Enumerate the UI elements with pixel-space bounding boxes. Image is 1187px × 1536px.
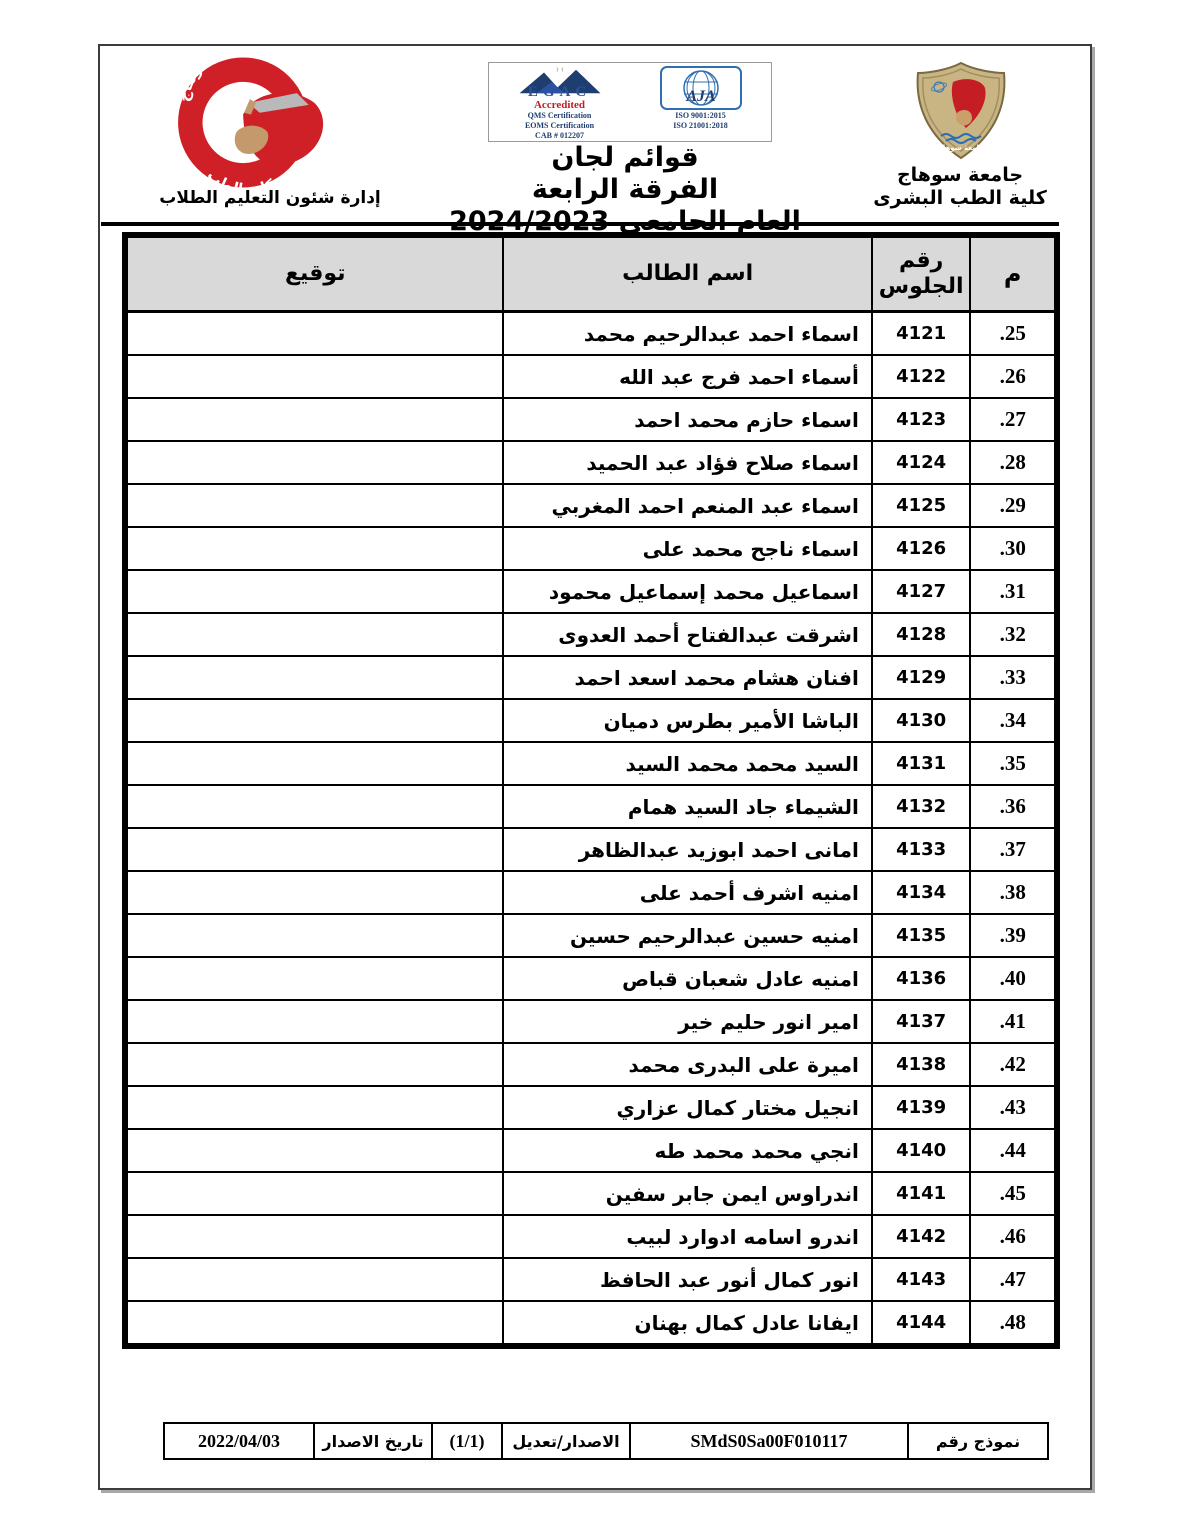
- student-name-cell: ايفانا عادل كمال بهنان: [503, 1301, 871, 1346]
- seat-number-cell: 4136: [872, 957, 971, 1000]
- row-index-cell: 48.: [970, 1301, 1057, 1346]
- table-row: 29. 4125 اسماء عبد المنعم احمد المغربي: [125, 484, 1057, 527]
- shield-band-text: جامعة سوهاج: [938, 144, 984, 152]
- signature-cell: [125, 871, 503, 914]
- seat-number-cell: 4126: [872, 527, 971, 570]
- table-row: 36. 4132 الشيماء جاد السيد همام: [125, 785, 1057, 828]
- aja-logo: AJA ISO 9001:2015 ISO 21001:2018: [630, 63, 771, 141]
- seat-number-cell: 4131: [872, 742, 971, 785]
- table-row: 48. 4144 ايفانا عادل كمال بهنان: [125, 1301, 1057, 1346]
- student-name-cell: امير انور حليم خير: [503, 1000, 871, 1043]
- student-name-cell: أسماء احمد فرج عبد الله: [503, 355, 871, 398]
- student-name-cell: اسماعيل محمد إسماعيل محمود: [503, 570, 871, 613]
- signature-cell: [125, 914, 503, 957]
- table-row: 33. 4129 افنان هشام محمد اسعد احمد: [125, 656, 1057, 699]
- egac-accredited-label: Accredited: [534, 99, 585, 111]
- student-name-cell: امانى احمد ابوزيد عبدالظاهر: [503, 828, 871, 871]
- student-name-cell: الباشا الأمير بطرس دميان: [503, 699, 871, 742]
- seat-number-cell: 4141: [872, 1172, 971, 1215]
- row-index-cell: 40.: [970, 957, 1057, 1000]
- signature-cell: [125, 828, 503, 871]
- seat-number-cell: 4140: [872, 1129, 971, 1172]
- seat-number-cell: 4139: [872, 1086, 971, 1129]
- aja-globe-icon: AJA: [653, 65, 749, 111]
- issue-edit-label: الاصدار/تعديل: [502, 1423, 630, 1459]
- table-row: 46. 4142 اندرو اسامه ادوارد لبيب: [125, 1215, 1057, 1258]
- signature-cell: [125, 656, 503, 699]
- page-frame: جامعة سوهاج كلية الطب إدارة شئون التعليم…: [98, 44, 1092, 1490]
- table-row: 32. 4128 اشرقت عبدالفتاح أحمد العدوى: [125, 613, 1057, 656]
- table-row: 35. 4131 السيد محمد محمد السيد: [125, 742, 1057, 785]
- form-number-value: SMdS0Sa00F010117: [630, 1423, 908, 1459]
- student-name-cell: امنيه حسين عبدالرحيم حسين: [503, 914, 871, 957]
- student-name-cell: اسماء عبد المنعم احمد المغربي: [503, 484, 871, 527]
- row-index-cell: 38.: [970, 871, 1057, 914]
- seat-number-cell: 4123: [872, 398, 971, 441]
- signature-cell: [125, 785, 503, 828]
- seat-number-cell: 4128: [872, 613, 971, 656]
- row-index-cell: 26.: [970, 355, 1057, 398]
- row-index-cell: 37.: [970, 828, 1057, 871]
- signature-cell: [125, 742, 503, 785]
- aja-iso-line1: ISO 9001:2015: [675, 111, 725, 121]
- university-title: جامعة سوهاج كلية الطب البشرى: [852, 164, 1068, 210]
- seat-number-cell: 4127: [872, 570, 971, 613]
- student-name-cell: اسماء صلاح فؤاد عبد الحميد: [503, 441, 871, 484]
- form-info-row: نموذج رقم SMdS0Sa00F010117 الاصدار/تعديل…: [164, 1423, 1048, 1459]
- seat-number-cell: 4143: [872, 1258, 971, 1301]
- row-index-cell: 45.: [970, 1172, 1057, 1215]
- row-index-cell: 35.: [970, 742, 1057, 785]
- header-divider: [101, 222, 1059, 226]
- signature-cell: [125, 398, 503, 441]
- seat-number-cell: 4129: [872, 656, 971, 699]
- egac-cert-line1: QMS Certification: [528, 111, 592, 121]
- egac-logo: ﴿ ﴾ EGAC Accredited QMS Certification EO…: [489, 63, 630, 141]
- student-name-cell: انجيل مختار كمال عزاري: [503, 1086, 871, 1129]
- university-shield-logo-icon: جامعة سوهاج: [906, 60, 1016, 162]
- header-signature: توقيع: [125, 235, 503, 312]
- student-name-cell: اندرو اسامه ادوارد لبيب: [503, 1215, 871, 1258]
- student-table: م رقم الجلوس اسم الطالب توقيع 25. 4121 ا…: [122, 232, 1060, 1349]
- student-name-cell: اسماء احمد عبدالرحيم محمد: [503, 312, 871, 356]
- signature-cell: [125, 1301, 503, 1346]
- row-index-cell: 25.: [970, 312, 1057, 356]
- row-index-cell: 30.: [970, 527, 1057, 570]
- student-name-cell: الشيماء جاد السيد همام: [503, 785, 871, 828]
- row-index-cell: 47.: [970, 1258, 1057, 1301]
- signature-cell: [125, 527, 503, 570]
- signature-cell: [125, 613, 503, 656]
- student-name-cell: اشرقت عبدالفتاح أحمد العدوى: [503, 613, 871, 656]
- table-row: 38. 4134 امنيه اشرف أحمد على: [125, 871, 1057, 914]
- table-row: 45. 4141 اندراوس ايمن جابر سفين: [125, 1172, 1057, 1215]
- aja-name: AJA: [685, 88, 716, 105]
- seat-number-cell: 4137: [872, 1000, 971, 1043]
- row-index-cell: 46.: [970, 1215, 1057, 1258]
- seat-number-cell: 4138: [872, 1043, 971, 1086]
- title-line2: الفرقة الرابعة: [435, 174, 815, 206]
- signature-cell: [125, 441, 503, 484]
- row-index-cell: 36.: [970, 785, 1057, 828]
- row-index-cell: 31.: [970, 570, 1057, 613]
- table-row: 26. 4122 أسماء احمد فرج عبد الله: [125, 355, 1057, 398]
- student-name-cell: امنيه عادل شعبان قباص: [503, 957, 871, 1000]
- signature-cell: [125, 1129, 503, 1172]
- signature-cell: [125, 1043, 503, 1086]
- egac-cert-line3: CAB # 012207: [535, 131, 584, 141]
- department-title: إدارة شئون التعليم الطلاب: [118, 188, 422, 208]
- seat-number-cell: 4125: [872, 484, 971, 527]
- seat-number-cell: 4133: [872, 828, 971, 871]
- signature-cell: [125, 1215, 503, 1258]
- form-info-table: نموذج رقم SMdS0Sa00F010117 الاصدار/تعديل…: [163, 1422, 1049, 1460]
- table-row: 44. 4140 انجي محمد محمد طه: [125, 1129, 1057, 1172]
- row-index-cell: 32.: [970, 613, 1057, 656]
- signature-cell: [125, 1172, 503, 1215]
- row-index-cell: 44.: [970, 1129, 1057, 1172]
- seat-number-cell: 4134: [872, 871, 971, 914]
- table-row: 25. 4121 اسماء احمد عبدالرحيم محمد: [125, 312, 1057, 356]
- row-index-cell: 39.: [970, 914, 1057, 957]
- table-row: 28. 4124 اسماء صلاح فؤاد عبد الحميد: [125, 441, 1057, 484]
- issue-edit-value: (1/1): [432, 1423, 502, 1459]
- header-student-name: اسم الطالب: [503, 235, 871, 312]
- seat-number-cell: 4121: [872, 312, 971, 356]
- faculty-crescent-logo-icon: جامعة سوهاج كلية الطب: [148, 56, 348, 188]
- table-row: 31. 4127 اسماعيل محمد إسماعيل محمود: [125, 570, 1057, 613]
- student-name-cell: اسماء حازم محمد احمد: [503, 398, 871, 441]
- table-row: 41. 4137 امير انور حليم خير: [125, 1000, 1057, 1043]
- seat-number-cell: 4122: [872, 355, 971, 398]
- seat-number-cell: 4142: [872, 1215, 971, 1258]
- faculty-name: كلية الطب البشرى: [852, 187, 1068, 210]
- signature-cell: [125, 1086, 503, 1129]
- seat-number-cell: 4132: [872, 785, 971, 828]
- signature-cell: [125, 1258, 503, 1301]
- signature-cell: [125, 484, 503, 527]
- table-row: 37. 4133 امانى احمد ابوزيد عبدالظاهر: [125, 828, 1057, 871]
- row-index-cell: 29.: [970, 484, 1057, 527]
- egac-name: EGAC: [528, 85, 591, 99]
- student-name-cell: اندراوس ايمن جابر سفين: [503, 1172, 871, 1215]
- title-line1: قوائم لجان: [435, 142, 815, 174]
- table-header-row: م رقم الجلوس اسم الطالب توقيع: [125, 235, 1057, 312]
- signature-cell: [125, 355, 503, 398]
- signature-cell: [125, 699, 503, 742]
- row-index-cell: 42.: [970, 1043, 1057, 1086]
- seat-number-cell: 4135: [872, 914, 971, 957]
- row-index-cell: 33.: [970, 656, 1057, 699]
- table-row: 34. 4130 الباشا الأمير بطرس دميان: [125, 699, 1057, 742]
- form-number-label: نموذج رقم: [908, 1423, 1048, 1459]
- issue-date-value: 2022/04/03: [164, 1423, 314, 1459]
- seat-number-cell: 4124: [872, 441, 971, 484]
- table-row: 39. 4135 امنيه حسين عبدالرحيم حسين: [125, 914, 1057, 957]
- university-name: جامعة سوهاج: [852, 164, 1068, 187]
- header-seat-number: رقم الجلوس: [872, 235, 971, 312]
- egac-cert-line2: EOMS Certification: [525, 121, 594, 131]
- header-index: م: [970, 235, 1057, 312]
- svg-text:﴿ ﴾: ﴿ ﴾: [555, 67, 563, 74]
- student-name-cell: امنيه اشرف أحمد على: [503, 871, 871, 914]
- seat-number-cell: 4144: [872, 1301, 971, 1346]
- signature-cell: [125, 570, 503, 613]
- certification-box: ﴿ ﴾ EGAC Accredited QMS Certification EO…: [488, 62, 772, 142]
- row-index-cell: 34.: [970, 699, 1057, 742]
- student-table-body: 25. 4121 اسماء احمد عبدالرحيم محمد 26. 4…: [125, 312, 1057, 1347]
- row-index-cell: 27.: [970, 398, 1057, 441]
- row-index-cell: 41.: [970, 1000, 1057, 1043]
- table-row: 42. 4138 اميرة على البدرى محمد: [125, 1043, 1057, 1086]
- issue-date-label: تاريخ الاصدار: [314, 1423, 432, 1459]
- signature-cell: [125, 957, 503, 1000]
- document-page: { "colors": { "table_header_bg": "#d9d9d…: [0, 0, 1187, 1536]
- table-row: 30. 4126 اسماء ناجح محمد على: [125, 527, 1057, 570]
- student-name-cell: افنان هشام محمد اسعد احمد: [503, 656, 871, 699]
- student-name-cell: اسماء ناجح محمد على: [503, 527, 871, 570]
- seat-number-cell: 4130: [872, 699, 971, 742]
- table-row: 27. 4123 اسماء حازم محمد احمد: [125, 398, 1057, 441]
- signature-cell: [125, 312, 503, 356]
- table-row: 40. 4136 امنيه عادل شعبان قباص: [125, 957, 1057, 1000]
- student-name-cell: انور كمال أنور عبد الحافظ: [503, 1258, 871, 1301]
- row-index-cell: 28.: [970, 441, 1057, 484]
- row-index-cell: 43.: [970, 1086, 1057, 1129]
- aja-iso-line2: ISO 21001:2018: [673, 121, 727, 131]
- student-name-cell: اميرة على البدرى محمد: [503, 1043, 871, 1086]
- student-name-cell: السيد محمد محمد السيد: [503, 742, 871, 785]
- signature-cell: [125, 1000, 503, 1043]
- table-row: 43. 4139 انجيل مختار كمال عزاري: [125, 1086, 1057, 1129]
- student-name-cell: انجي محمد محمد طه: [503, 1129, 871, 1172]
- table-row: 47. 4143 انور كمال أنور عبد الحافظ: [125, 1258, 1057, 1301]
